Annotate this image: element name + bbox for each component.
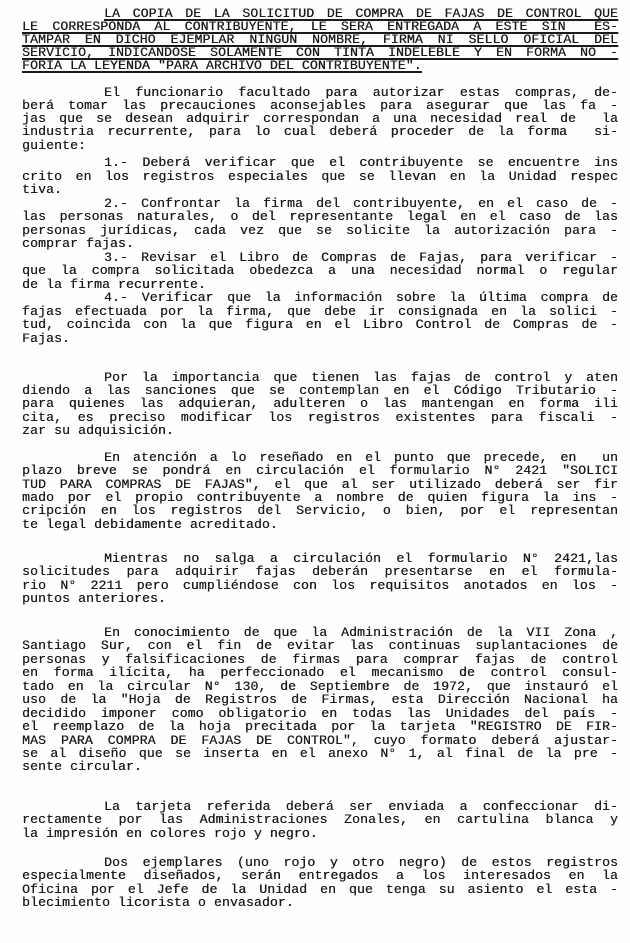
paragraph-line: uso de la "Hoja de Registros de Firmas, …	[22, 693, 618, 707]
paragraph-line: el reemplazo de la hoja precitada por la…	[22, 720, 618, 734]
paragraph-line: para quienes las adquieran, adulteren o …	[22, 397, 618, 411]
list-item-line: Fajas.	[22, 332, 618, 346]
list-item-line: 1.- Deberá verificar que el contribuyent…	[104, 156, 618, 170]
paragraph-line: la impresión en colores rojo y negro.	[22, 827, 618, 841]
paragraph-line: puntos anteriores.	[22, 592, 618, 606]
paragraph-line: industria recurrente, para lo cual deber…	[22, 125, 618, 139]
list-item-line: tiva.	[22, 183, 618, 197]
paragraph-line: especialmente diseñados, serán entregado…	[22, 869, 618, 883]
list-item-line: 4.- Verificar que la información sobre l…	[104, 291, 618, 305]
paragraph-line: blecimiento licorista o envasador.	[22, 896, 618, 910]
paragraph-line: zar su adquisición.	[22, 424, 618, 438]
paragraph-line: guiente:	[22, 139, 618, 153]
list-item-line: que la compra solicitada obedezca a una …	[22, 264, 618, 278]
paragraph-line: en forma ilícita, ha perfeccionado el me…	[22, 666, 618, 680]
paragraph-line: te legal debidamente acreditado.	[22, 518, 618, 532]
paragraph-line: sente circular.	[22, 760, 618, 774]
document-page: LA COPIA DE LA SOLICITUD DE COMPRA DE FA…	[0, 0, 630, 943]
list-item-line: las personas naturales, o del representa…	[22, 210, 618, 224]
header-line: FORIA LA LEYENDA "PARA ARCHIVO DEL CONTR…	[22, 59, 618, 73]
paragraph-line: Santiago Sur, con el fin de evitar las c…	[22, 639, 618, 653]
list-item-line: comprar fajas.	[22, 237, 618, 251]
paragraph-line: plazo breve se pondrá en circulación el …	[22, 464, 618, 478]
paragraph-line: solicitudes para adquirir fajas deberán …	[22, 565, 618, 579]
list-item-line: crito en los registros especiales que se…	[22, 170, 618, 184]
list-item-line: tud, coincida con la que figura en el Li…	[22, 318, 618, 332]
paragraph-line: rectamente por las Administraciones Zona…	[22, 813, 618, 827]
paragraph-line: cripción en los registros del Servicio, …	[22, 504, 618, 518]
